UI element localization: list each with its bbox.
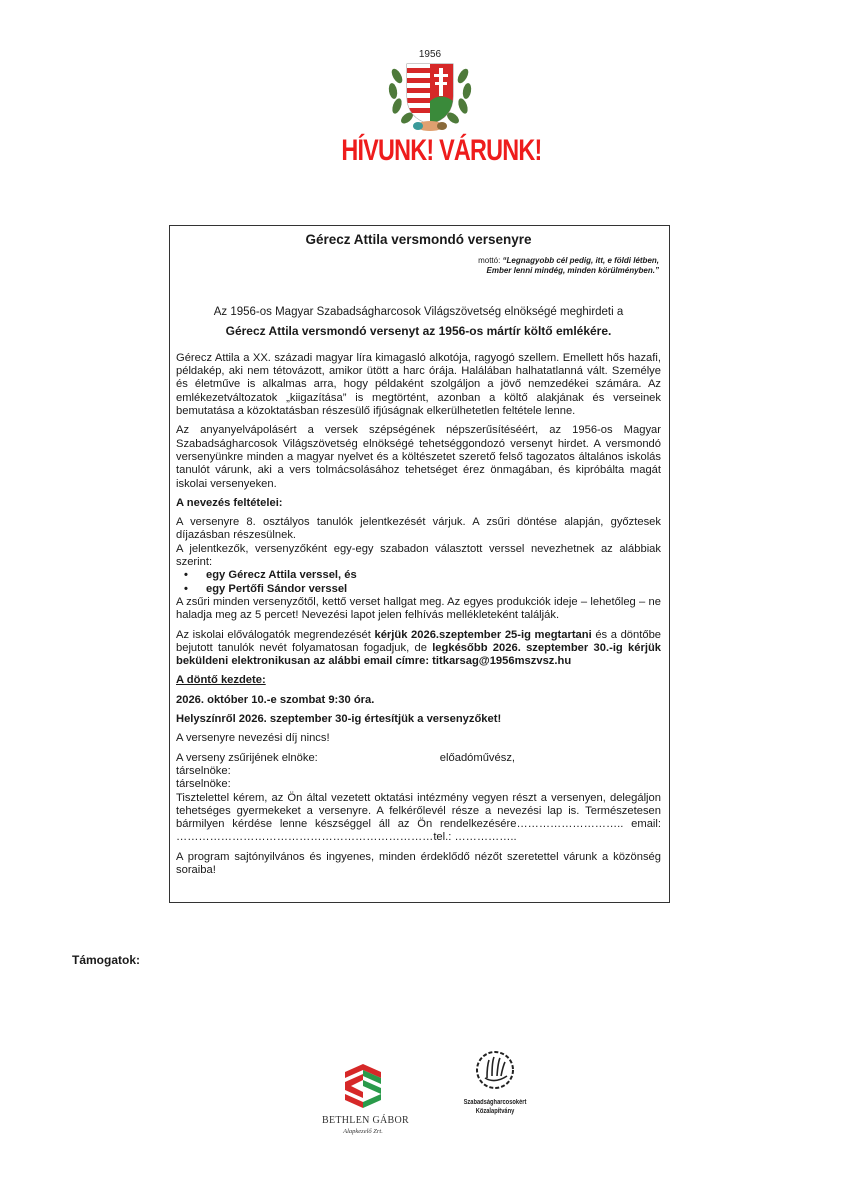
list-item: egy Gérecz Attila verssel, és (206, 569, 661, 582)
final-date: 2026. október 10.-e szombat 9:30 óra. (176, 694, 661, 707)
motto-line-1: “Legnagyobb cél pedig, itt, e földi létb… (503, 256, 659, 265)
svg-text:1956: 1956 (419, 49, 442, 60)
paragraph-about-poet: Gérecz Attila a XX. századi magyar líra … (176, 352, 661, 418)
sponsor-szabadsagharcosokert: SzabadságharcosokértKözalapítvány (450, 1048, 540, 1116)
sponsor-bethlen-gabor: BETHLEN GÁBOR Alapkezelő Zrt. (328, 1062, 398, 1135)
list-item: egy Pertőfi Sándor verssel (206, 583, 661, 596)
prelim-paragraph: Az iskolai előválogatók megrendezését ké… (176, 629, 661, 669)
motto: mottó: “Legnagyobb cél pedig, itt, e föl… (176, 256, 659, 276)
conditions-heading: A nevezés feltételei: (176, 497, 661, 510)
sponsor-2-name: SzabadságharcosokértKözalapítvány (458, 1099, 532, 1116)
sponsor-1-name: BETHLEN GÁBOR (322, 1115, 398, 1126)
poem-list: egy Gérecz Attila verssel, és egy Pertőf… (176, 569, 661, 596)
condition-grade: A versenyre 8. osztályos tanulók jelentk… (176, 516, 661, 543)
paragraph-competition: Az anyanyelvápolásért a versek szépségén… (176, 424, 661, 490)
barbed-wire-hand-logo-icon (473, 1048, 517, 1092)
jury-chair: A verseny zsűrijének elnöke:előadóművész… (176, 752, 661, 765)
co-chair-1: társelnöke: (176, 765, 661, 778)
condition-poems: A jelentkezők, versenyzőként egy-egy sza… (176, 543, 661, 570)
venue-notice: Helyszínről 2026. szeptember 30-ig értes… (176, 713, 661, 726)
motto-label: mottó: (478, 256, 502, 265)
announcement-title: Gérecz Attila versmondó versenyre (176, 233, 661, 246)
final-heading: A döntő kezdete: (176, 674, 661, 687)
supporters-label: Támogatok: (72, 953, 140, 967)
fee-notice: A versenyre nevezési díj nincs! (176, 732, 661, 745)
announcement-box: Gérecz Attila versmondó versenyre mottó:… (169, 225, 670, 903)
co-chair-2: társelnöke: (176, 778, 661, 791)
bethlen-gabor-logo-icon (341, 1062, 385, 1110)
intro-line: Az 1956-os Magyar Szabadságharcosok Vilá… (176, 306, 661, 319)
request-paragraph: Tisztelettel kérem, az Ön által vezetett… (176, 792, 661, 845)
motto-line-2: Ember lenni mindég, minden körülményben.… (487, 266, 659, 275)
1956-emblem-logo: 1956 (385, 46, 475, 136)
intro-bold-line: Gérecz Attila versmondó versenyt az 1956… (176, 325, 661, 338)
closing-paragraph: A program sajtónyilvános és ingyenes, mi… (176, 851, 661, 878)
banner-headline: HÍVUNK! VÁRUNK! (341, 134, 506, 168)
condition-duration: A zsűri minden versenyzőtől, kettő verse… (176, 596, 661, 623)
sponsor-1-subtitle: Alapkezelő Zrt. (328, 1128, 398, 1135)
